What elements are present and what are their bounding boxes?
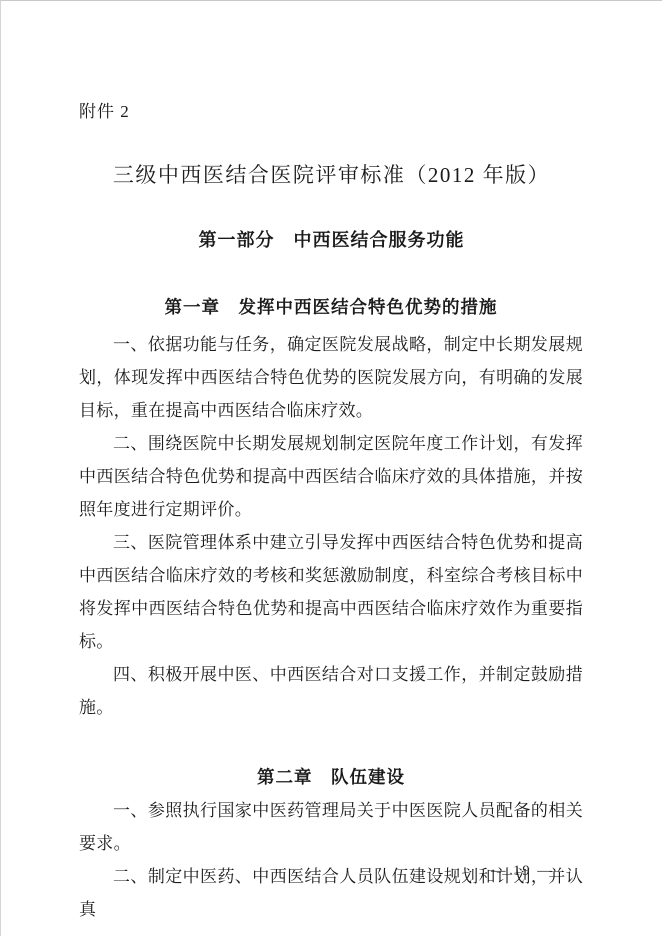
chapter-1-heading: 第一章 发挥中西医结合特色优势的措施 xyxy=(79,295,583,319)
chapter-1-paragraph-2: 二、围绕医院中长期发展规划制定医院年度工作计划，有发挥中西医结合特色优势和提高中… xyxy=(79,427,583,526)
chapter-2-paragraph-1: 一、参照执行国家中医药管理局关于中医医院人员配备的相关要求。 xyxy=(79,794,583,860)
page-number: — 19 — xyxy=(491,863,554,880)
chapter-2-heading: 第二章 队伍建设 xyxy=(79,765,583,789)
chapter-1-paragraph-4: 四、积极开展中医、中西医结合对口支援工作，并制定鼓励措施。 xyxy=(79,658,583,724)
document-title: 三级中西医结合医院评审标准（2012 年版） xyxy=(1,162,662,188)
document-page: 附件 2 三级中西医结合医院评审标准（2012 年版） 第一部分 中西医结合服务… xyxy=(0,0,662,936)
part-heading: 第一部分 中西医结合服务功能 xyxy=(1,229,662,251)
attachment-label: 附件 2 xyxy=(79,102,130,122)
chapter-1-paragraph-1: 一、依据功能与任务，确定医院发展战略，制定中长期发展规划，体现发挥中西医结合特色… xyxy=(79,328,583,427)
document-body: 第一章 发挥中西医结合特色优势的措施 一、依据功能与任务，确定医院发展战略，制定… xyxy=(79,295,583,926)
chapter-1-paragraph-3: 三、医院管理体系中建立引导发挥中西医结合特色优势和提高中西医结合临床疗效的考核和… xyxy=(79,526,583,658)
